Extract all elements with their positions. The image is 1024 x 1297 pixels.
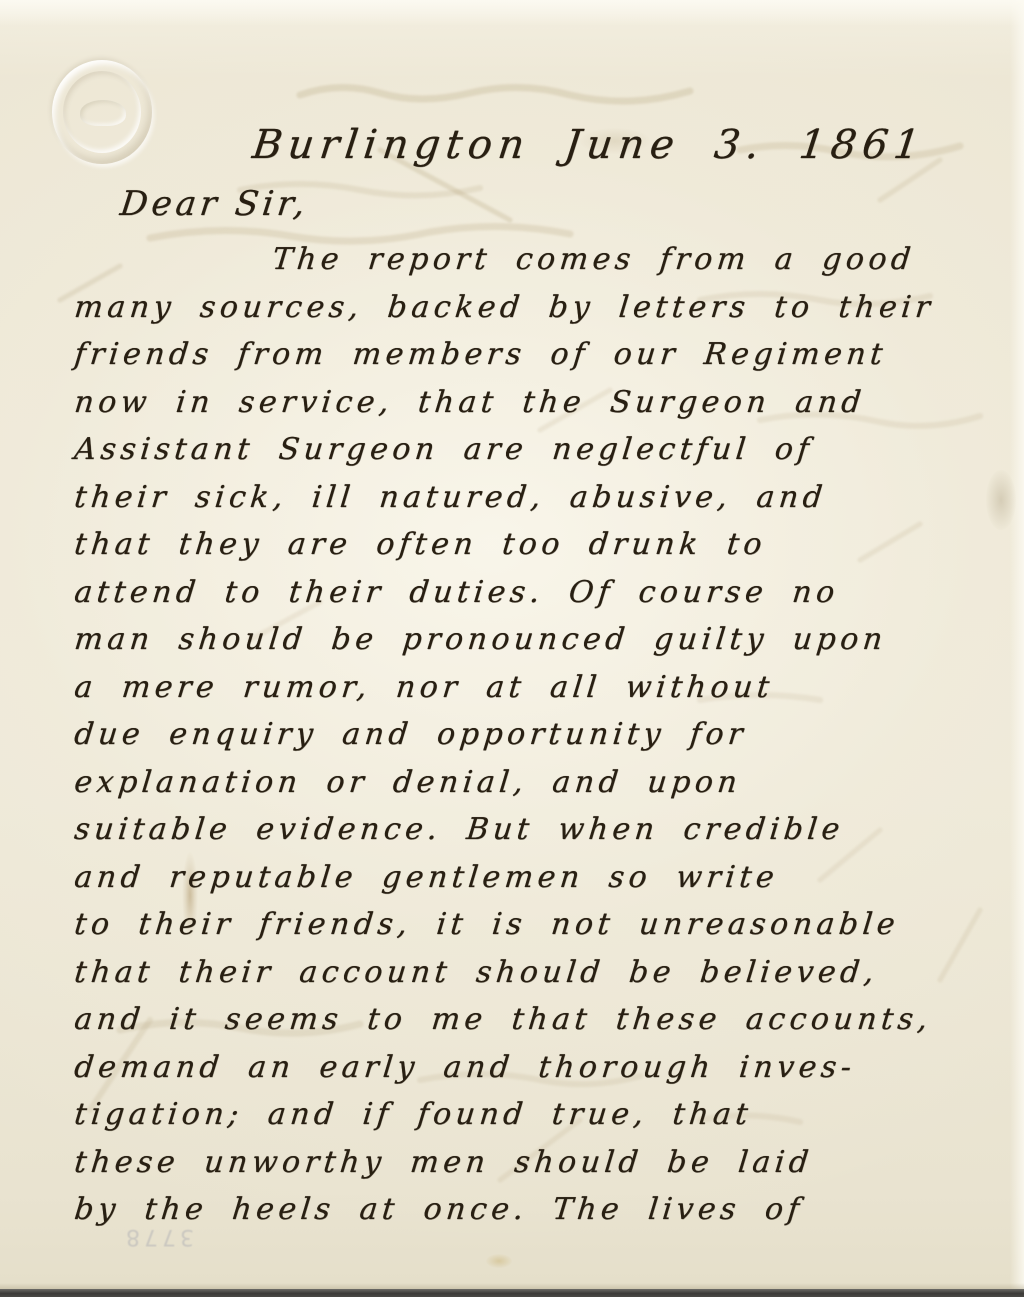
scanner-background-strip [0,1289,1024,1297]
letter-line: a mere rumor, nor at all without [72,664,1007,712]
letter-line: explanation or denial, and upon [72,759,1007,807]
paper-right-edge [1010,0,1024,1297]
letter-line: demand an early and thorough inves- [72,1044,1007,1092]
accession-number-stamp: 3778 [122,1224,194,1249]
letter-line: that their account should be believed, [72,949,1007,997]
letter-line: now in service, that the Surgeon and [72,379,1007,427]
letter-line: and reputable gentlemen so write [72,854,1007,902]
letter-line: attend to their duties. Of course no [72,569,1007,617]
letter-line: friends from members of our Regiment [72,331,1007,379]
letter-line: these unworthy men should be laid [72,1139,1007,1187]
letter-salutation: Dear Sir, [118,184,311,224]
letter-line: many sources, backed by letters to their [72,284,1007,332]
letter-line: that they are often too drunk to [72,521,1007,569]
letter-line: Assistant Surgeon are neglectful of [72,426,1007,474]
paper-top-edge [0,0,1024,26]
letter-line: to their friends, it is not unreasonable [72,901,1007,949]
letter-page: Burlington June 3. 1861 Dear Sir, The re… [0,0,1024,1297]
letter-line: man should be pronounced guilty upon [72,616,1007,664]
letter-line: tigation; and if found true, that [72,1091,1007,1139]
letter-line: by the heels at once. The lives of [72,1186,1007,1234]
letter-line: The report comes from a good [72,236,1007,284]
letter-line: due enquiry and opportunity for [72,711,1007,759]
letter-line: suitable evidence. But when credible [72,806,1007,854]
letter-line: their sick, ill natured, abusive, and [72,474,1007,522]
embossed-paper-seal [52,60,152,164]
letter-body: The report comes from a goodmany sources… [72,236,1002,1234]
letter-dateline: Burlington June 3. 1861 [250,122,928,168]
paper-stain [486,1254,512,1268]
letter-line: and it seems to me that these accounts, [72,996,1007,1044]
